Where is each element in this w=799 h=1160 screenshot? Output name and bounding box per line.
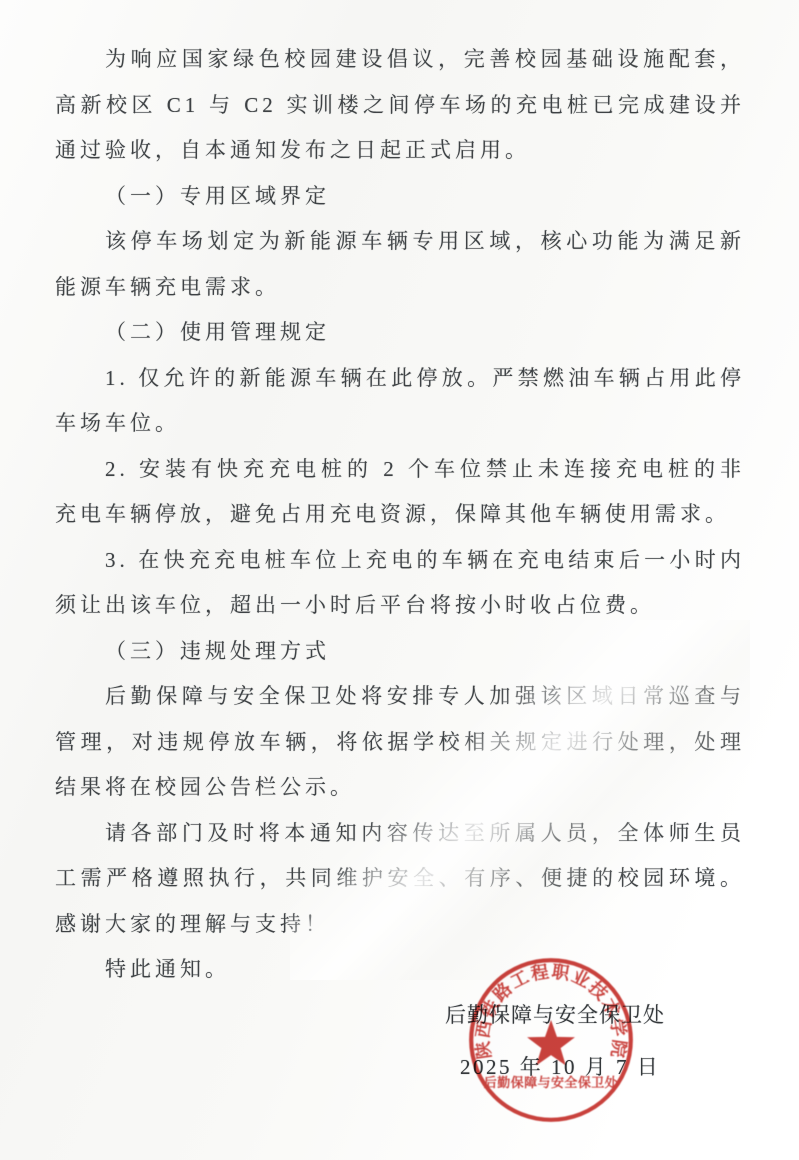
paragraph: 3. 在快充充电桩车位上充电的车辆在充电结束后一小时内须让出该车位，超出一小时后…	[55, 538, 745, 629]
paragraph: 为响应国家绿色校园建设倡议，完善校园基础设施配套，高新校区 C1 与 C2 实训…	[55, 37, 745, 174]
document-body: 为响应国家绿色校园建设倡议，完善校园基础设施配套，高新校区 C1 与 C2 实训…	[55, 37, 745, 993]
official-seal: 陕西铁路工程职业技术学院 后勤保障与安全保卫处	[467, 956, 635, 1124]
paragraph: （二）使用管理规定	[55, 310, 745, 356]
paragraph: 1. 仅允许的新能源车辆在此停放。严禁燃油车辆占用此停车场车位。	[55, 356, 745, 447]
seal-bottom-text: 后勤保障与安全保卫处	[484, 1075, 618, 1090]
paragraph: 特此通知。	[55, 947, 745, 993]
paragraph: 该停车场划定为新能源车辆专用区域，核心功能为满足新能源车辆充电需求。	[55, 219, 745, 310]
paragraph: 请各部门及时将本通知内容传达至所属人员，全体师生员工需严格遵照执行，共同维护安全…	[55, 811, 745, 948]
paragraph: 2. 安装有快充充电桩的 2 个车位禁止未连接充电桩的非充电车辆停放，避免占用充…	[55, 447, 745, 538]
seal-star-icon	[527, 1020, 575, 1066]
paragraph: （三）违规处理方式	[55, 629, 745, 675]
paragraph: 后勤保障与安全保卫处将安排专人加强该区域日常巡查与管理，对违规停放车辆，将依据学…	[55, 674, 745, 811]
paragraph: （一）专用区域界定	[55, 174, 745, 220]
notice-document: 为响应国家绿色校园建设倡议，完善校园基础设施配套，高新校区 C1 与 C2 实训…	[0, 0, 799, 1160]
